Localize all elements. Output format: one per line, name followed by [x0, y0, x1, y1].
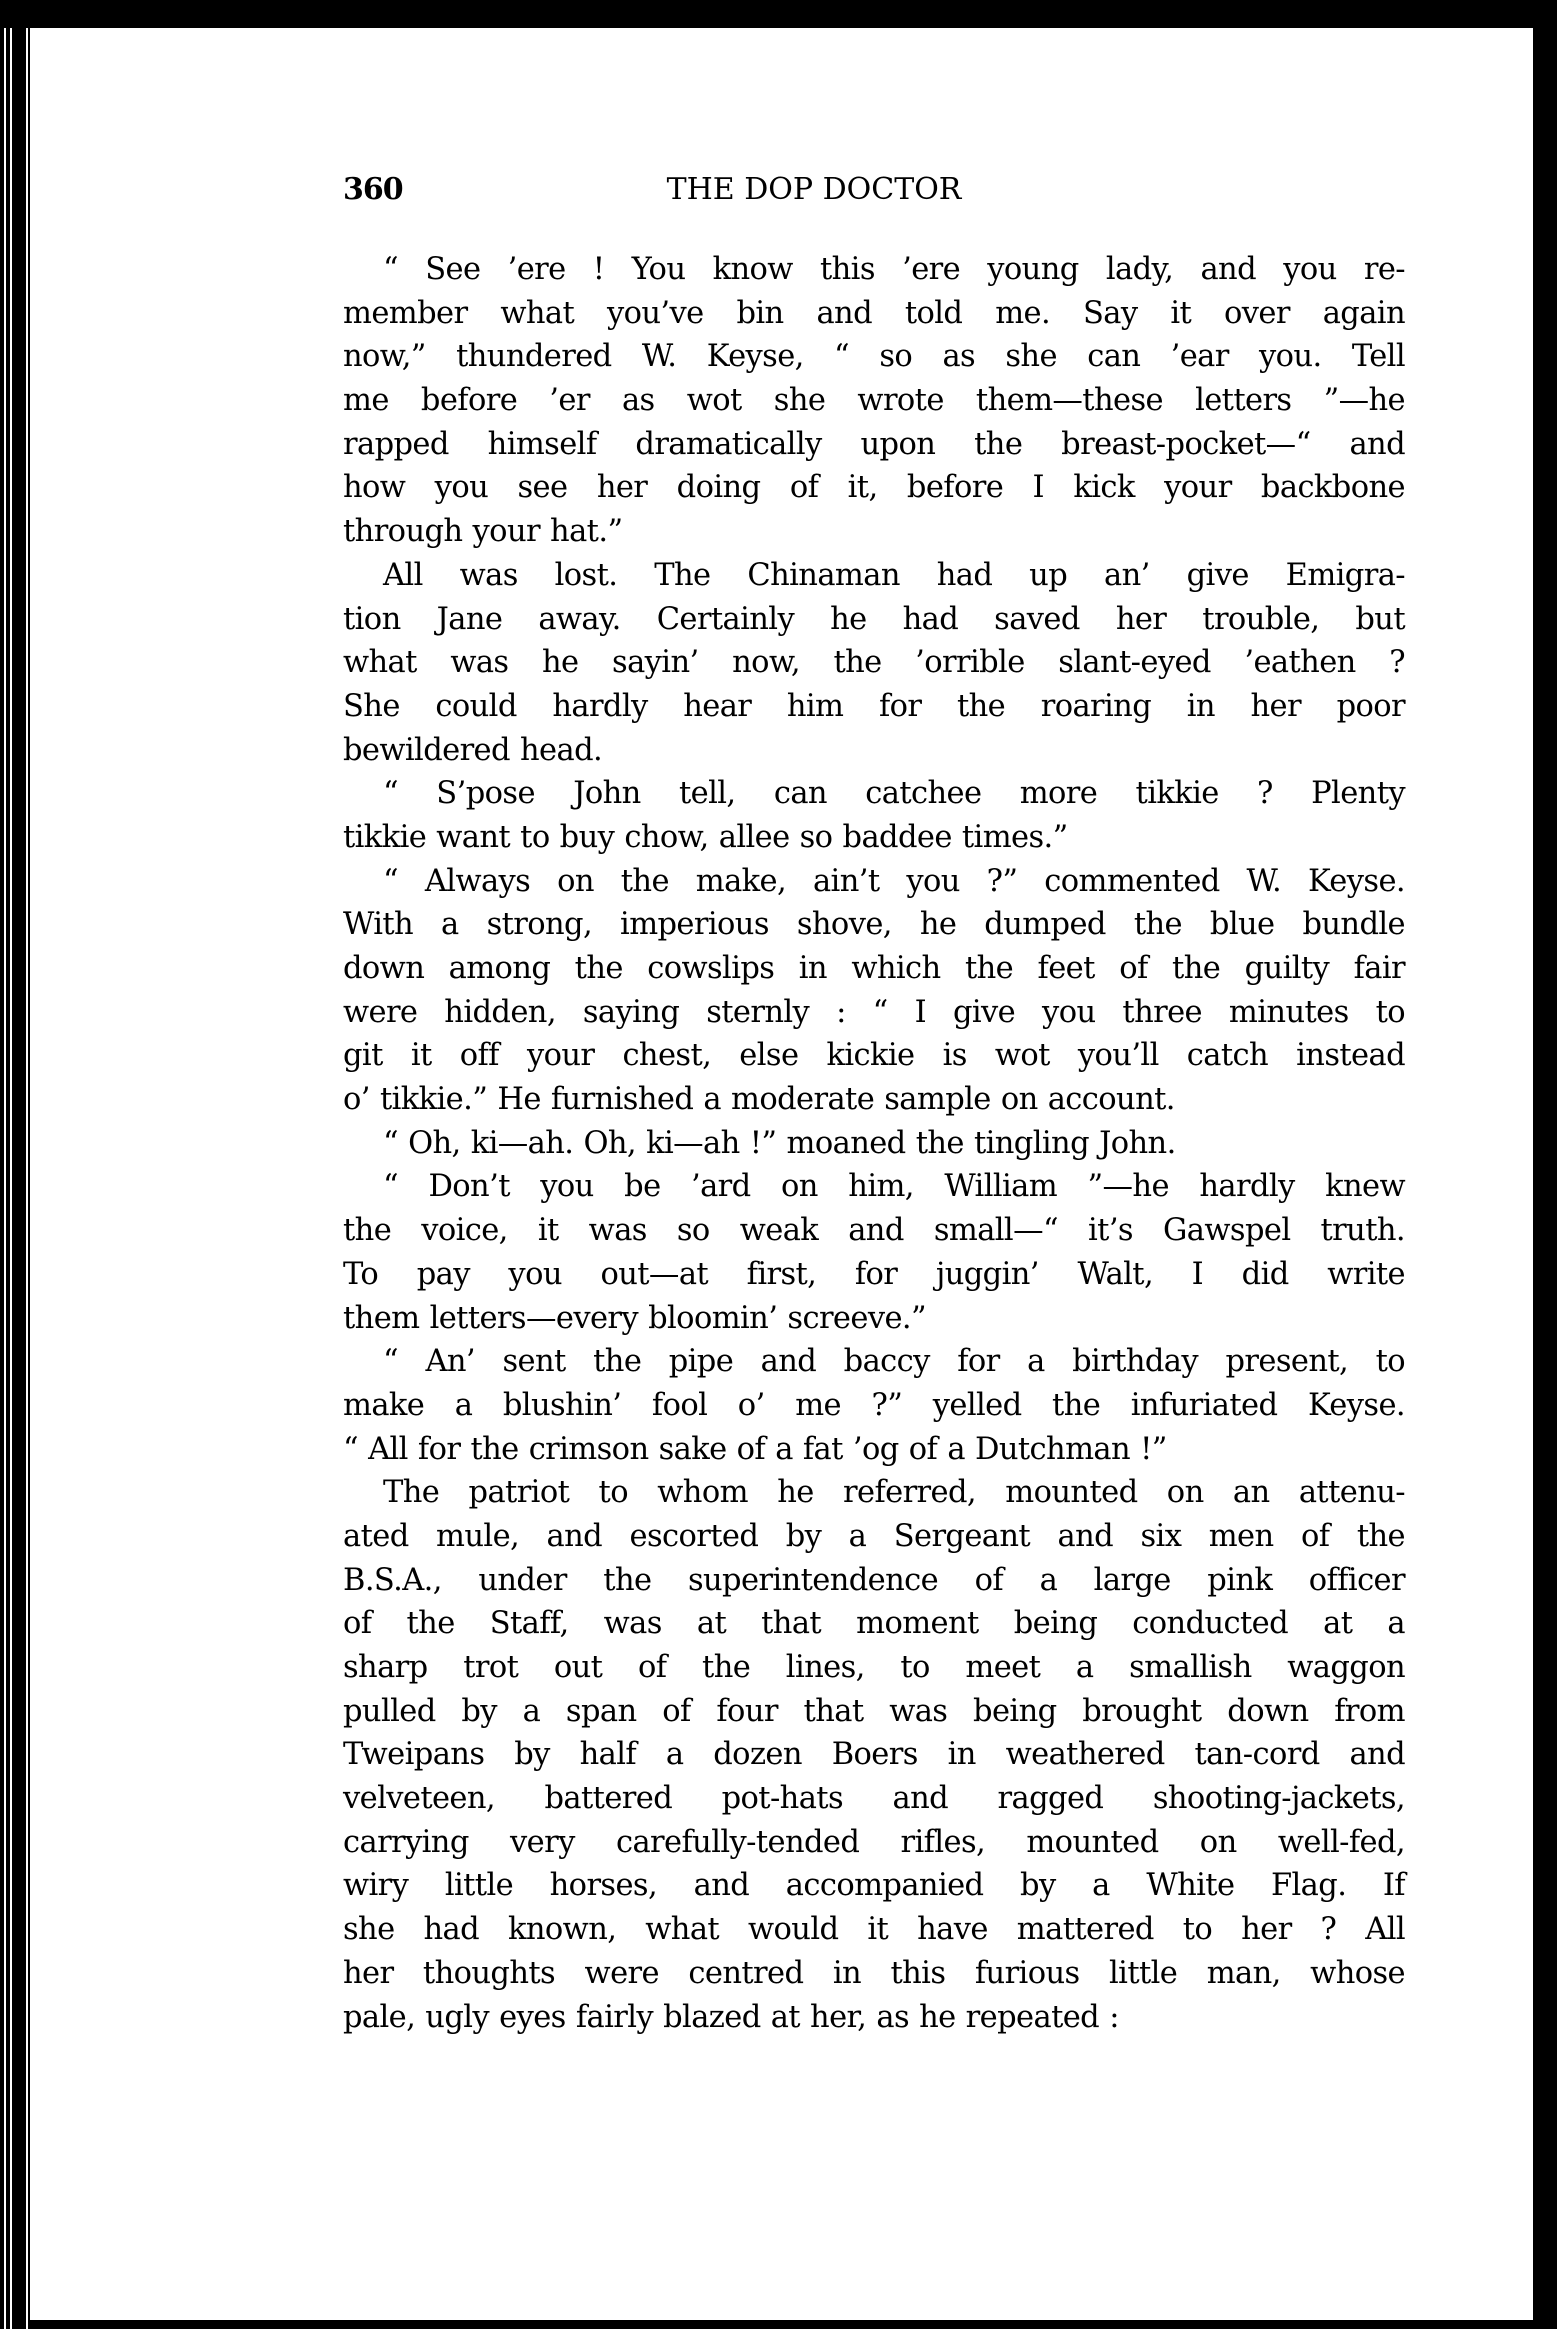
text-line: wiry little horses, and accompanied by a…: [343, 1864, 1405, 1908]
scan-right-edge: [1533, 0, 1557, 2329]
text-line: git it off your chest, else kickie is wo…: [343, 1034, 1405, 1078]
text-line: through your hat.”: [343, 510, 1405, 554]
body-text: “ See ’ere ! You know this ’ere young la…: [343, 248, 1405, 2039]
text-line: With a strong, imperious shove, he dumpe…: [343, 903, 1405, 947]
text-line: The patriot to whom he referred, mounted…: [343, 1471, 1405, 1515]
text-line: how you see her doing of it, before I ki…: [343, 466, 1405, 510]
text-line: To pay you out—at first, for juggin’ Wal…: [343, 1253, 1405, 1297]
text-line: tikkie want to buy chow, allee so baddee…: [343, 816, 1405, 860]
text-line: member what you’ve bin and told me. Say …: [343, 292, 1405, 336]
text-line: “ Always on the make, ain’t you ?” comme…: [343, 860, 1405, 904]
text-line: pulled by a span of four that was being …: [343, 1690, 1405, 1734]
page-header: 360 THE DOP DOCTOR: [343, 172, 1405, 212]
text-line: of the Staff, was at that moment being c…: [343, 1602, 1405, 1646]
running-title: THE DOP DOCTOR: [283, 172, 1345, 207]
scan-left-edge: [0, 28, 30, 2329]
text-line: velveteen, battered pot-hats and ragged …: [343, 1777, 1405, 1821]
text-line: Tweipans by half a dozen Boers in weathe…: [343, 1733, 1405, 1777]
text-line: carrying very carefully-tended rifles, m…: [343, 1821, 1405, 1865]
text-line: now,” thundered W. Keyse, “ so as she ca…: [343, 335, 1405, 379]
text-line: were hidden, saying sternly : “ I give y…: [343, 991, 1405, 1035]
text-line: the voice, it was so weak and small—“ it…: [343, 1209, 1405, 1253]
text-line: them letters—every bloomin’ screeve.”: [343, 1297, 1405, 1341]
text-line: her thoughts were centred in this furiou…: [343, 1952, 1405, 1996]
text-line: She could hardly hear him for the roarin…: [343, 685, 1405, 729]
text-line: “ An’ sent the pipe and baccy for a birt…: [343, 1340, 1405, 1384]
text-line: o’ tikkie.” He furnished a moderate samp…: [343, 1078, 1405, 1122]
text-line: me before ’er as wot she wrote them—thes…: [343, 379, 1405, 423]
text-line: B.S.A., under the superintendence of a l…: [343, 1559, 1405, 1603]
text-line: tion Jane away. Certainly he had saved h…: [343, 598, 1405, 642]
text-line: All was lost. The Chinaman had up an’ gi…: [343, 554, 1405, 598]
text-line: “ S’pose John tell, can catchee more tik…: [343, 772, 1405, 816]
text-line: she had known, what would it have matter…: [343, 1908, 1405, 1952]
text-line: “ See ’ere ! You know this ’ere young la…: [343, 248, 1405, 292]
text-line: “ Don’t you be ’ard on him, William ”—he…: [343, 1165, 1405, 1209]
text-line: sharp trot out of the lines, to meet a s…: [343, 1646, 1405, 1690]
text-line: “ All for the crimson sake of a fat ’og …: [343, 1428, 1405, 1472]
text-line: “ Oh, ki—ah. Oh, ki—ah !” moaned the tin…: [343, 1122, 1405, 1166]
text-line: bewildered head.: [343, 729, 1405, 773]
text-line: down among the cowslips in which the fee…: [343, 947, 1405, 991]
text-line: ated mule, and escorted by a Sergeant an…: [343, 1515, 1405, 1559]
text-line: what was he sayin’ now, the ’orrible sla…: [343, 641, 1405, 685]
text-line: make a blushin’ fool o’ me ?” yelled the…: [343, 1384, 1405, 1428]
text-line: rapped himself dramatically upon the bre…: [343, 423, 1405, 467]
text-line: pale, ugly eyes fairly blazed at her, as…: [343, 1996, 1405, 2040]
